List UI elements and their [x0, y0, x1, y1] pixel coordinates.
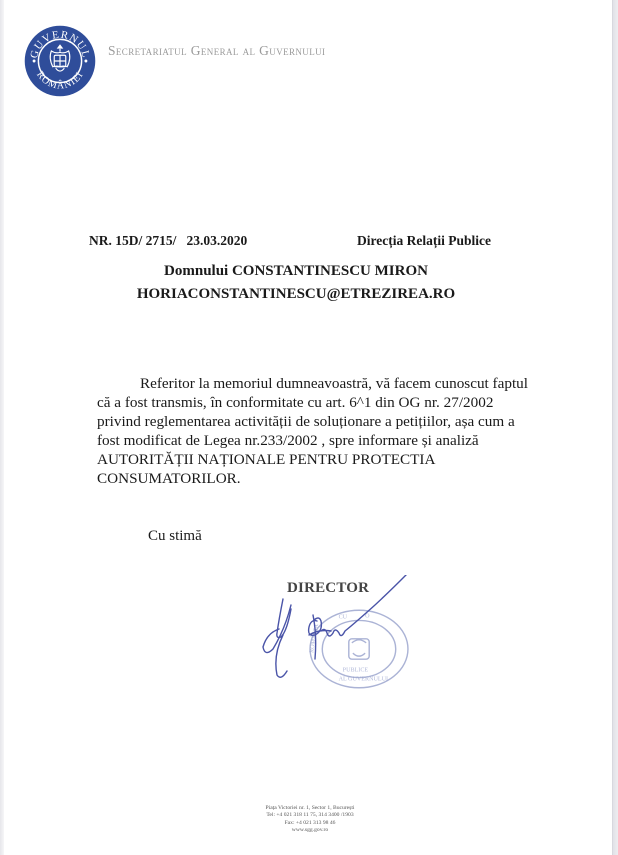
department-name: Direcția Relații Publice: [357, 233, 491, 249]
page-edge-right: [612, 0, 618, 855]
recipient-name: Domnului CONSTANTINESCU MIRON: [96, 263, 496, 280]
letter-body: Referitor la memoriul dumneavoastră, vă …: [97, 374, 537, 488]
government-of-romania-seal-icon: GUVERNUL ROMÂNIEI: [24, 25, 96, 97]
footer-phone: Tel: +4 021 318 11 75, 314 3400 /1903: [160, 812, 460, 819]
page-edge-left: [0, 0, 4, 855]
footer-fax: Fax: +4 021 313 98 46: [160, 820, 460, 827]
footer-address: Piața Victoriei nr. 1, Sector 1, Bucureș…: [160, 805, 460, 812]
footer-website: www.sgg.gov.ro: [160, 827, 460, 834]
handwritten-signature-icon: [255, 575, 445, 695]
closing-salutation: Cu stimă: [148, 528, 202, 545]
body-line: fost modificat de Legea nr.233/2002 , sp…: [97, 431, 537, 450]
organization-name: Secretariatul General al Guvernului: [108, 43, 325, 59]
recipient-email: HORIACONSTANTINESCU@ETREZIREA.RO: [96, 286, 496, 303]
footer-contact: Piața Victoriei nr. 1, Sector 1, Bucureș…: [160, 805, 460, 835]
body-line: CONSUMATORILOR.: [97, 469, 537, 488]
body-line: că a fost transmis, în conformitate cu a…: [97, 393, 537, 412]
body-line: Referitor la memoriul dumneavoastră, vă …: [97, 374, 537, 393]
body-line: AUTORITĂȚII NAȚIONALE PENTRU PROTECTIA: [97, 450, 537, 469]
body-line: privind reglementarea activității de sol…: [97, 412, 537, 431]
reference-number: NR. 15D/ 2715/ 23.03.2020: [89, 233, 247, 249]
